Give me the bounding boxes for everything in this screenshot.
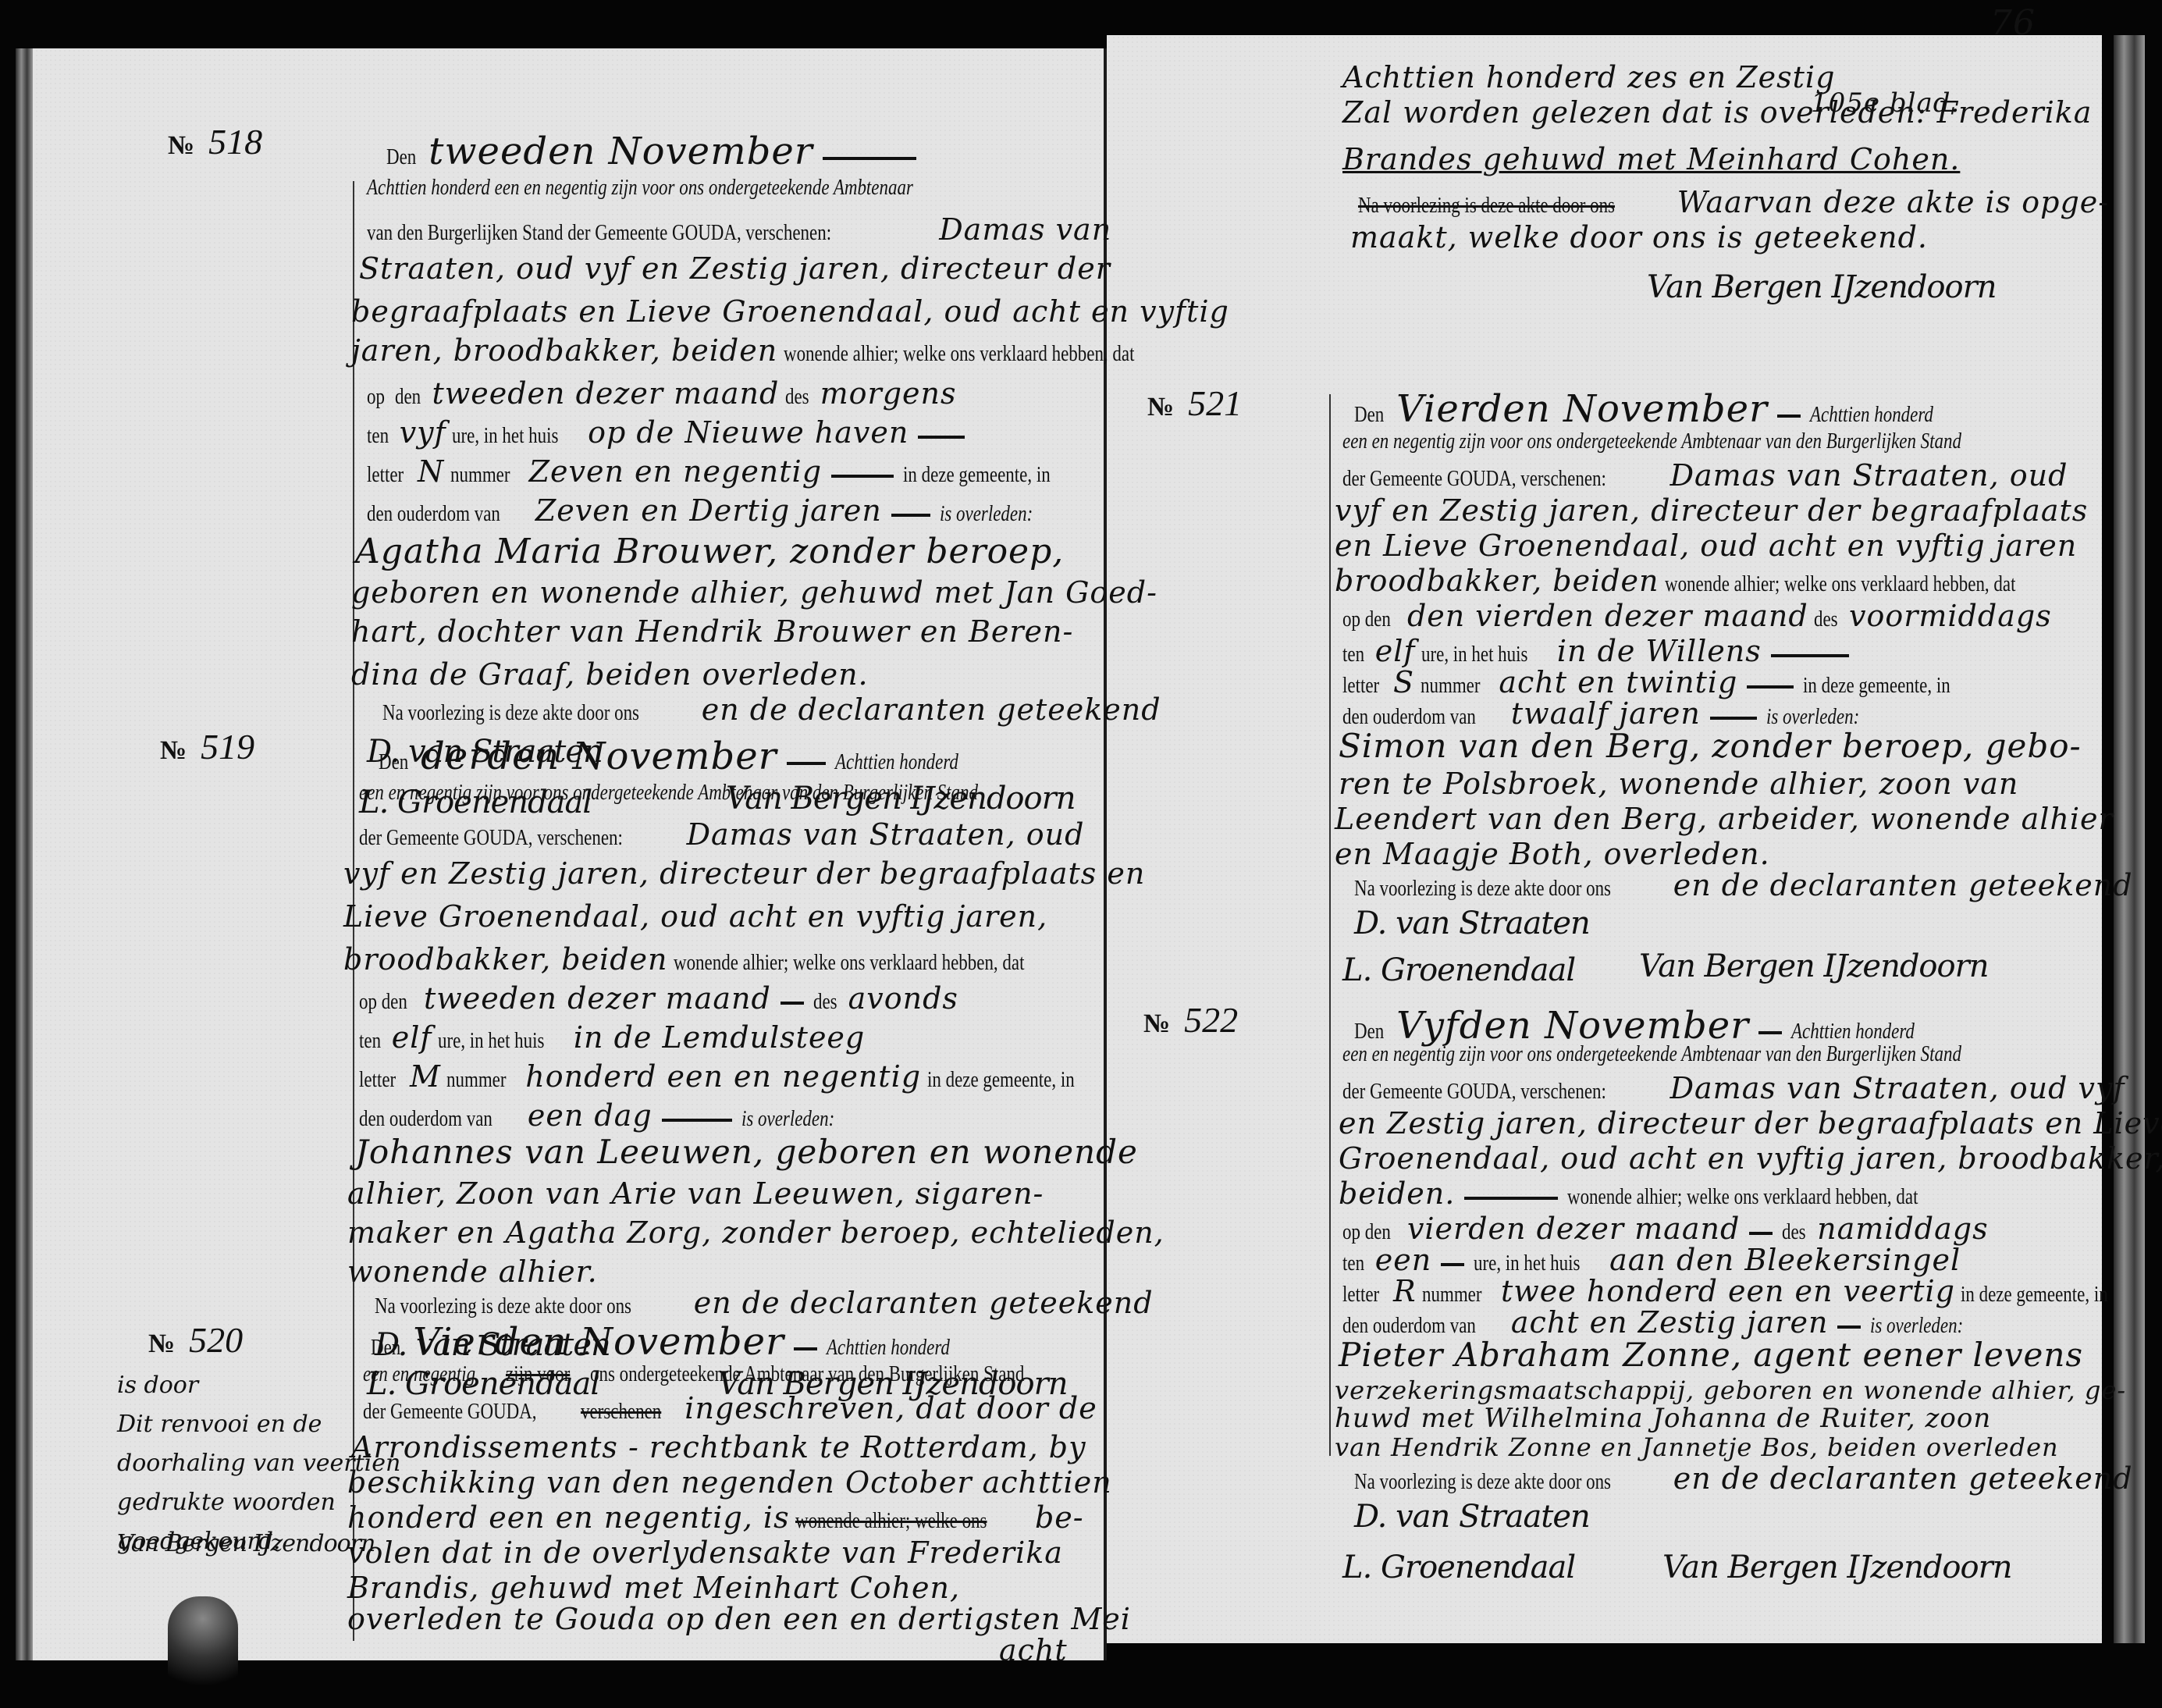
handwritten-text: en Zestig jaren, directeur der begraafpl… [1339,1108,2162,1138]
printed-text: Achttien honderd [827,1337,950,1359]
handwritten-text: Damas van Straaten, oud [687,817,1085,852]
printed-text: ure, in het huis [1474,1253,1580,1275]
handwritten-date: tweeden November [428,130,813,173]
text-line: Den tweeden November [386,133,926,170]
handwritten-text: Leendert van den Berg, arbeider, wonende… [1335,804,2114,834]
printed-text: der Gemeente GOUDA, verschenen: [1342,468,1606,490]
printed-text: ten [1342,644,1364,666]
printed-text: des [813,991,837,1013]
handwritten-text: maker en Agatha Zorg, zonder beroep, ech… [347,1218,1165,1247]
handwritten-text: ren te Polsbroek, wonende alhier, zoon v… [1339,769,2018,799]
signature: Van Bergen IJzendoorn [1639,948,1988,984]
handwritten-text: morgens [820,376,957,411]
thumb-shadow [168,1596,238,1708]
printed-text: ten [359,1030,381,1052]
printed-text: Achttien honderd [1810,404,1933,426]
printed-text: wonende alhier; welke ons verklaard hebb… [1665,574,2015,596]
printed-text: den [395,386,421,408]
printed-text: Den [386,147,416,169]
printed-text: nummer [1422,1284,1482,1306]
handwritten-text: Arrondissements - rechtbank te Rotterdam… [351,1432,1086,1462]
text-line: Den Vierden NovemberAchttien honderd [371,1323,977,1361]
text-line: ten elf ure, in het huis in de Willens [1342,636,1858,666]
printed-text: ons ondergeteekende Ambtenaar van den Bu… [590,1364,1024,1386]
signature: D. van Straaten [1354,1499,1590,1535]
printed-text: wonende alhier; welke ons verklaard hebb… [784,343,1134,365]
printed-text: ure, in het huis [1421,644,1527,666]
handwritten-text: den vierden dezer maand [1407,599,1808,633]
printed-text: Na voorlezing is deze akte door ons [382,703,639,724]
handwritten-text: en Maagje Both, overleden. [1335,839,1770,869]
handwritten-text: broodbakker, beiden [1335,564,1659,598]
margin-rule [1329,394,1331,1456]
text-line: der Gemeente GOUDA, verschenen: Damas va… [1342,461,2068,490]
printed-text: den ouderdom van [359,1108,492,1130]
handwritten-text: maakt, welke door ons is geteekend. [1350,222,1928,252]
handwritten-text: twaalf jaren [1511,696,1701,731]
handwritten-text: broodbakker, beiden [343,942,668,977]
handwritten-text: avonds [848,981,958,1016]
handwritten-text: en de declaranten geteekend [1673,868,2133,902]
printed-text: der Gemeente GOUDA, verschenen: [359,827,623,849]
printed-text: der Gemeente GOUDA, verschenen: [1342,1081,1606,1103]
text-line: Achttien honderd een en negentig zijn vo… [367,176,1033,199]
handwritten-text: be- [1035,1500,1084,1535]
handwritten-text: N [418,454,444,489]
text-line: letter M nummer honderd een en negentig … [359,1062,1107,1091]
printed-text: Na voorlezing is deze akte door ons [1354,878,1611,900]
entry-number: №518 [168,121,262,162]
signature: L. Groenendaal [1342,952,1575,988]
text-line: Zal worden gelezen dat is overleden: Fre… [1342,98,2092,127]
handwritten-text: Vierden November [413,1320,784,1364]
fill-dash [662,1119,732,1122]
printed-text: in deze gemeente, in [1961,1284,2108,1306]
printed-text: is overleden: [1766,706,1859,728]
text-line: Den derden NovemberAchttien honderd [379,738,985,775]
handwritten-text: in de Lemdulsteeg [574,1020,865,1055]
printed-text: verschenen [581,1401,661,1423]
handwritten-text: op de Nieuwe haven [588,415,909,450]
printed-text: op den [1342,1222,1391,1244]
printed-text: letter [1342,1284,1379,1306]
text-line: Na voorlezing is deze akte door ons en d… [382,695,1161,724]
printed-text: Den [1354,1021,1384,1043]
handwritten-text: namiddags [1817,1212,1988,1246]
fill-dash [1441,1263,1464,1266]
text-line: jaren, broodbakker, beiden wonende alhie… [351,336,1211,365]
text-line: een en negentig zijn voor ons ondergetee… [363,1362,1120,1386]
handwritten-text: beschikking van den negenden October ach… [347,1468,1112,1497]
handwritten-text: Damas van [939,212,1111,247]
fill-dash [1710,717,1757,720]
text-line: een en negentig zijn voor ons ondergetee… [1342,1042,2097,1066]
signature: Van Bergen IJzendoorn [1647,269,1996,305]
handwritten-text: Zeven en Dertig jaren [535,493,882,528]
printed-text: in deze gemeente, in [903,464,1051,486]
handwritten-text: Brandis, gehuwd met Meinhart Cohen, [347,1573,960,1603]
printed-text: des [785,386,809,408]
handwritten-text: en de declaranten geteekend [702,692,1161,727]
handwritten-text: verzekeringsmaatschappij, geboren en won… [1335,1378,2126,1403]
printed-text: in deze gemeente, in [927,1069,1075,1091]
printed-text: wonende alhier; welke ons verklaard hebb… [674,952,1024,974]
printed-text: nummer [450,464,510,486]
printed-text: letter [359,1069,396,1091]
entry-number: №522 [1143,999,1238,1041]
handwritten-text: van Hendrik Zonne en Jannetje Bos, beide… [1335,1435,2059,1460]
handwritten-text: Zal worden gelezen dat is overleden: Fre… [1342,95,2092,130]
signature: L. Groenendaal [1342,1550,1575,1585]
printed-text: den ouderdom van [1342,706,1476,728]
text-line: op den tweeden dezer maand des morgens [367,379,957,408]
text-line: op den tweeden dezer maanddes avonds [359,984,958,1013]
handwritten-text: alhier, Zoon van Arie van Leeuwen, sigar… [347,1179,1044,1208]
handwritten-text: acht en Zestig jaren [1511,1305,1829,1340]
handwritten-text: vierden dezer maand [1407,1212,1740,1246]
printed-text: letter [1342,675,1379,697]
text-line: Den Vyfden NovemberAchttien honderd [1354,1007,1942,1044]
handwritten-text: een dag [528,1098,653,1133]
printed-text: Achttien honderd [1791,1021,1915,1043]
printed-text: Achttien honderd een en negentig zijn vo… [367,177,913,199]
printed-text: des [1814,609,1838,631]
handwritten-text: Damas van Straaten, oud [1670,458,2068,493]
handwritten-text: en Lieve Groenendaal, oud acht en vyftig… [1335,531,2077,560]
fill-dash [1758,1031,1782,1034]
fill-dash [891,514,930,517]
printed-text: van den Burgerlijken Stand der Gemeente … [367,222,831,244]
printed-text: op den [1342,609,1391,631]
handwritten-text: tweeden dezer maand [424,981,771,1016]
handwritten-text: en de declaranten geteekend [694,1286,1154,1320]
text-line: der Gemeente GOUDA, verschenen: Damas va… [1342,1073,2125,1103]
text-line: Na voorlezing is deze akte door ons en d… [1354,870,2133,900]
deceased-name: Pieter Abraham Zonne, agent eener levens [1339,1339,2083,1372]
fill-dash [1837,1325,1861,1329]
printed-text: den ouderdom van [367,504,500,525]
printed-text: ure, in het huis [438,1030,544,1052]
text-line: broodbakker, beiden wonende alhier; welk… [343,945,1101,974]
handwritten-text: dina de Graaf, beiden overleden. [351,660,869,689]
handwritten-text: Brandes gehuwd met Meinhard Cohen. [1342,144,1960,174]
handwritten-text: Damas van Straaten, oud vyf [1670,1071,2125,1105]
handwritten-text: Straaten, oud vyf en Zestig jaren, direc… [359,254,1111,283]
handwritten-text: Vierden November [1396,387,1768,431]
printed-text: Na voorlezing is deze akte door ons [1358,195,1615,217]
text-line: ten vyf ure, in het huis op de Nieuwe ha… [367,418,974,447]
printed-text: ure, in het huis [452,425,558,447]
text-line: Den Vierden NovemberAchttien honderd [1354,390,1961,428]
text-line: beiden.wonende alhier; welke ons verklaa… [1339,1179,1995,1208]
fill-dash [787,762,826,765]
text-line: der Gemeente GOUDA, verschenen: Damas va… [359,820,1084,849]
text-line: ten eenure, in het huis aan den Bleekers… [1342,1245,1961,1275]
deceased-name: Agatha Maria Brouwer, zonder beroep, [355,535,1064,569]
handwritten-text: Vyfden November [1396,1004,1749,1048]
fill-dash [781,1002,804,1005]
text-line: Na voorlezing is deze akte door ons en d… [375,1288,1154,1318]
printed-text: Na voorlezing is deze akte door ons [375,1296,631,1318]
printed-text: een en negentig zijn voor ons ondergetee… [1342,431,1961,453]
text-line: Na voorlezing is deze akte door ons Waar… [1358,187,2109,217]
printed-text: een en negentig zijn voor ons ondergetee… [359,782,978,804]
text-line: letter R nummer twee honderd een en veer… [1342,1276,2141,1306]
handwritten-text: honderd een en negentig, is [347,1500,790,1535]
text-line: den ouderdom van Zeven en Dertig jarenis… [367,496,1053,525]
printed-text: een en negentig zijn voor ons ondergetee… [1342,1044,1961,1066]
handwritten-text: beiden. [1339,1176,1455,1211]
fill-dash [794,1347,817,1350]
printed-text: nummer [446,1069,507,1091]
fill-dash [1749,1232,1773,1235]
signature: Van Bergen IJzendoorn [1662,1550,2011,1585]
printed-text: op den [359,991,407,1013]
handwritten-text: voormiddags [1849,599,2052,633]
handwritten-text: Lieve Groenendaal, oud acht en vyftig ja… [343,902,1047,931]
text-line: letter S nummer acht en twintigin deze g… [1342,667,1983,697]
fill-dash [823,157,916,160]
signature: D. van Straaten [1354,906,1590,941]
handwritten-text: S [1393,665,1414,699]
text-line: broodbakker, beiden wonende alhier; welk… [1335,566,2093,596]
fill-dash [1771,654,1849,657]
handwritten-text: geboren en wonende alhier, gehuwd met Ja… [351,578,1157,607]
printed-text: ten [367,425,389,447]
entry-number: №519 [160,726,254,767]
handwritten-text: jaren, broodbakker, beiden [351,333,777,368]
handwritten-text: overleden te Gouda op den een en dertigs… [347,1604,1131,1634]
text-line: den ouderdom van een dagis overleden: [359,1101,855,1130]
handwritten-text: vyf [400,415,446,450]
handwritten-text: volen dat in de overlydensakte van Frede… [347,1538,1063,1567]
printed-text: Den [371,1337,400,1359]
printed-text: wonende alhier; welke ons [795,1511,987,1532]
text-line: letter N nummer Zeven en negentigin deze… [367,457,1083,486]
entry-number: №520 [148,1319,243,1361]
printed-text: nummer [1421,675,1481,697]
printed-text: Den [379,752,408,774]
handwritten-text: honderd een en negentig [525,1059,921,1094]
handwritten-text: hart, dochter van Hendrik Brouwer en Ber… [351,617,1073,646]
text-line: der Gemeente GOUDA, verschenen ingeschre… [363,1393,1097,1423]
fill-dash [918,436,965,439]
printed-text: den ouderdom van [1342,1315,1476,1337]
handwritten-text: een [1375,1243,1431,1277]
text-line: van den Burgerlijken Stand der Gemeente … [367,215,1111,244]
text-line: den ouderdom van twaalf jarenis overlede… [1342,699,1879,728]
handwritten-text: tweeden dezer maand [432,376,779,411]
fill-dash [1464,1197,1558,1200]
printed-text: Achttien honderd [835,752,958,774]
text-line: den ouderdom van acht en Zestig jarenis … [1342,1308,1984,1337]
handwritten-text: Achttien honderd zes en Zestig [1342,62,1835,92]
handwritten-text: vyf en Zestig jaren, directeur der begra… [1335,496,2088,525]
text-line: honderd een en negentig, is wonende alhi… [347,1503,1084,1532]
printed-text: der Gemeente GOUDA, [363,1401,537,1423]
text-line: op den den vierden dezer maand des voorm… [1342,601,2052,631]
fill-dash [831,475,894,478]
handwritten-text: aan den Bleekersingel [1609,1243,1961,1277]
printed-text: op [367,386,385,408]
handwritten-text: M [410,1059,441,1094]
handwritten-text: derden November [421,735,777,778]
printed-text: is overleden: [940,504,1033,525]
printed-text: ten [1342,1253,1364,1275]
handwritten-text: wonende alhier. [347,1257,598,1286]
handwritten-text: twee honderd een en veertig [1501,1274,1955,1308]
printed-text: letter [367,464,404,486]
handwritten-text: vyf en Zestig jaren, directeur der begra… [343,859,1145,888]
handwritten-text: ingeschreven, dat door de [685,1391,1097,1425]
handwritten-text: begraafplaats en Lieve Groenendaal, oud … [351,297,1229,326]
handwritten-text: Waarvan deze akte is opge- [1677,185,2109,219]
printed-text: is overleden: [1870,1315,1963,1337]
handwritten-text: en de declaranten geteekend [1673,1461,2133,1496]
fill-dash [1777,415,1801,418]
printed-text: Den [1354,404,1384,426]
entry-number: №521 [1147,383,1242,424]
handwritten-text: in de Willens [1557,634,1762,668]
handwritten-text: R [1393,1274,1417,1308]
deceased-name: Simon van den Berg, zonder beroep, gebo- [1339,730,2082,763]
printed-text: zijn voor [506,1364,570,1386]
text-line: een en negentig zijn voor ons ondergetee… [359,781,1114,804]
deceased-name: Johannes van Leeuwen, geboren en wonende [355,1136,1138,1169]
printed-text: in deze gemeente, in [1803,675,1950,697]
printed-text: wonende alhier; welke ons verklaard hebb… [1567,1187,1918,1208]
handwritten-text: Groenendaal, oud acht en vyftig jaren, b… [1339,1144,2162,1173]
page-number-mark: 76 [1990,6,2036,41]
text-line: Na voorlezing is deze akte door ons en d… [1354,1464,2133,1493]
handwritten-text: huwd met Wilhelmina Johanna de Ruiter, z… [1335,1405,1991,1432]
printed-text: is overleden: [741,1108,834,1130]
text-line: op den vierden dezer maanddes namiddags [1342,1214,1989,1244]
book-edge [16,48,33,1660]
handwritten-text: elf [392,1020,432,1055]
printed-text: des [1782,1222,1806,1244]
folio-annotation: 105e blad. [1811,90,1960,116]
printed-text: een en negentig [363,1364,475,1386]
handwritten-text: Zeven en negentig [529,454,822,489]
handwritten-text: acht en twintig [1499,665,1737,699]
margin-signature: Van Bergen IJzendoorn [117,1530,375,1557]
text-line: een en negentig zijn voor ons ondergetee… [1342,429,2097,453]
text-line: ten elf ure, in het huis in de Lemdulste… [359,1023,865,1052]
fill-dash [1747,685,1794,689]
printed-text: Na voorlezing is deze akte door ons [1354,1471,1611,1493]
handwritten-text: acht [999,1635,1068,1665]
handwritten-text: elf [1375,634,1416,668]
